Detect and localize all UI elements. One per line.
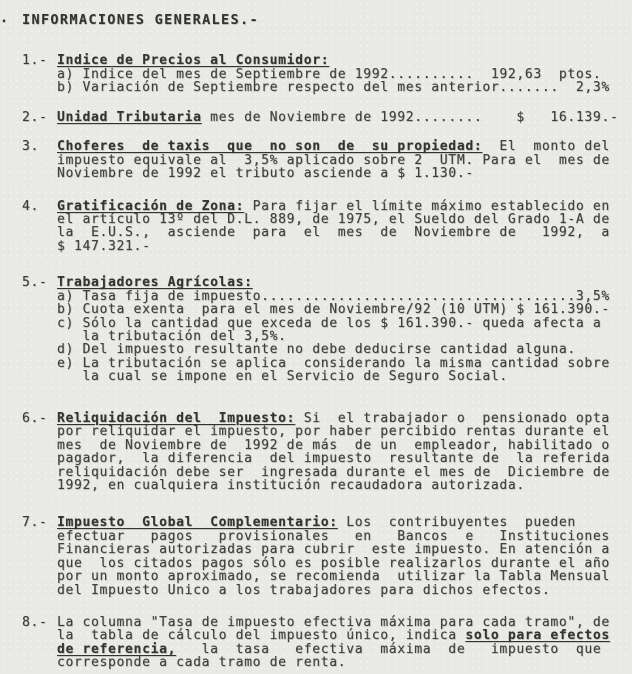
text-line: a) Tasa fija de impuesto................… xyxy=(57,290,610,303)
list-item: 1.-Indice de Precios al Consumidor:a) In… xyxy=(22,54,624,94)
item-number: 7.- xyxy=(22,516,57,529)
text-line: la tabla de cálculo del impuesto único, … xyxy=(57,629,610,642)
text-segment: del Impuesto Unico a los trabajadores pa… xyxy=(57,583,550,598)
item-body: Unidad Tributaria mes de Noviembre de 19… xyxy=(57,111,618,124)
text-line: del Impuesto Unico a los trabajadores pa… xyxy=(57,584,610,597)
page-title: INFORMACIONES GENERALES.- xyxy=(22,14,624,27)
list-item: 3.Choferes de taxis que no son de su pro… xyxy=(22,140,624,180)
text-line: Choferes de taxis que no son de su propi… xyxy=(57,140,610,153)
list-item: 2.-Unidad Tributaria mes de Noviembre de… xyxy=(22,111,624,124)
text-segment: $ 147.321.- xyxy=(57,239,151,254)
text-line: Reliquidación del Impuesto: Si el trabaj… xyxy=(57,412,610,425)
list-item: 4.Gratificación de Zona: Para fijar el l… xyxy=(22,200,624,254)
text-line: de referencia, la tasa efectiva máxima d… xyxy=(57,643,610,656)
text-line: Financieras autorizadas para cubrir este… xyxy=(57,543,610,556)
text-segment: corresponde a cada tramo de renta. xyxy=(57,655,346,670)
text-line: impuesto equivale al 3,5% aplicado sobre… xyxy=(57,154,610,167)
text-line: La columna "Tasa de impuesto efectiva má… xyxy=(57,616,610,629)
text-line: por un monto aproximado, se recomienda u… xyxy=(57,570,610,583)
text-line: mes de Noviembre de 1992 de más de un em… xyxy=(57,439,610,452)
item-body: La columna "Tasa de impuesto efectiva má… xyxy=(57,616,610,670)
text-line: reliquidación debe ser ingresada durante… xyxy=(57,466,610,479)
item-body: Indice de Precios al Consumidor:a) Indic… xyxy=(57,54,610,94)
list-item: 5.-Trabajadores Agrícolas:a) Tasa fija d… xyxy=(22,276,624,384)
text-line: e) La tributación se aplica considerando… xyxy=(57,357,610,370)
text-segment: la cual se impone en el Servicio de Segu… xyxy=(57,369,508,384)
items-list: 1.-Indice de Precios al Consumidor:a) In… xyxy=(22,54,624,669)
item-body: Impuesto Global Complementario: Los cont… xyxy=(57,516,610,597)
text-line: por reliquidar el impuesto, por haber pe… xyxy=(57,425,610,438)
item-number: 8.- xyxy=(22,616,57,629)
text-line: efectuar pagos provisionales en Bancos e… xyxy=(57,530,610,543)
text-line: $ 147.321.- xyxy=(57,240,610,253)
text-line: la tributación del 3,5%. xyxy=(57,330,610,343)
text-line: Trabajadores Agrícolas: xyxy=(57,276,610,289)
text-segment: b) Variación de Septiembre respecto del … xyxy=(57,80,610,95)
document-page: . INFORMACIONES GENERALES.- 1.-Indice de… xyxy=(0,0,632,674)
list-item: 6.-Reliquidación del Impuesto: Si el tra… xyxy=(22,412,624,493)
list-item: 7.-Impuesto Global Complementario: Los c… xyxy=(22,516,624,597)
item-number: 3. xyxy=(22,140,57,153)
text-line: Impuesto Global Complementario: Los cont… xyxy=(57,516,610,529)
underlined-heading: Unidad Tributaria xyxy=(57,110,202,125)
margin-mark: . xyxy=(0,12,9,25)
item-body: Gratificación de Zona: Para fijar el lím… xyxy=(57,200,610,254)
item-body: Choferes de taxis que no son de su propi… xyxy=(57,140,610,180)
item-body: Reliquidación del Impuesto: Si el trabaj… xyxy=(57,412,610,493)
item-number: 6.- xyxy=(22,412,57,425)
text-line: corresponde a cada tramo de renta. xyxy=(57,656,610,669)
text-line: la E.U.S., asciende para el mes de Novie… xyxy=(57,226,610,239)
list-item: 8.-La columna "Tasa de impuesto efectiva… xyxy=(22,616,624,670)
text-line: Noviembre de 1992 el tributo asciende a … xyxy=(57,167,610,180)
text-line: la cual se impone en el Servicio de Segu… xyxy=(57,370,610,383)
item-body: Trabajadores Agrícolas:a) Tasa fija de i… xyxy=(57,276,610,384)
text-line: a) Indice del mes de Septiembre de 1992.… xyxy=(57,68,610,81)
item-number: 2.- xyxy=(22,111,57,124)
text-line: c) Sólo la cantidad que exceda de los $ … xyxy=(57,317,610,330)
text-segment: 1992, en cualquiera institución recaudad… xyxy=(57,478,525,493)
item-number: 1.- xyxy=(22,54,57,67)
item-number: 5.- xyxy=(22,276,57,289)
text-line: Unidad Tributaria mes de Noviembre de 19… xyxy=(57,111,618,124)
text-line: Indice de Precios al Consumidor: xyxy=(57,54,610,67)
text-line: b) Cuota exenta para el mes de Noviembre… xyxy=(57,303,610,316)
text-line: que los citados pagos sólo es posible re… xyxy=(57,557,610,570)
text-line: 1992, en cualquiera institución recaudad… xyxy=(57,479,610,492)
text-segment: mes de Noviembre de 1992........ $ 16.13… xyxy=(202,110,619,125)
text-segment: Noviembre de 1992 el tributo asciende a … xyxy=(57,166,474,181)
text-line: d) Del impuesto resultante no debe deduc… xyxy=(57,343,610,356)
text-line: b) Variación de Septiembre respecto del … xyxy=(57,81,610,94)
item-number: 4. xyxy=(22,200,57,213)
text-line: el artículo 13º del D.L. 889, de 1975, e… xyxy=(57,213,610,226)
text-line: pagador, la diferencia del impuesto resu… xyxy=(57,452,610,465)
text-line: Gratificación de Zona: Para fijar el lím… xyxy=(57,200,610,213)
